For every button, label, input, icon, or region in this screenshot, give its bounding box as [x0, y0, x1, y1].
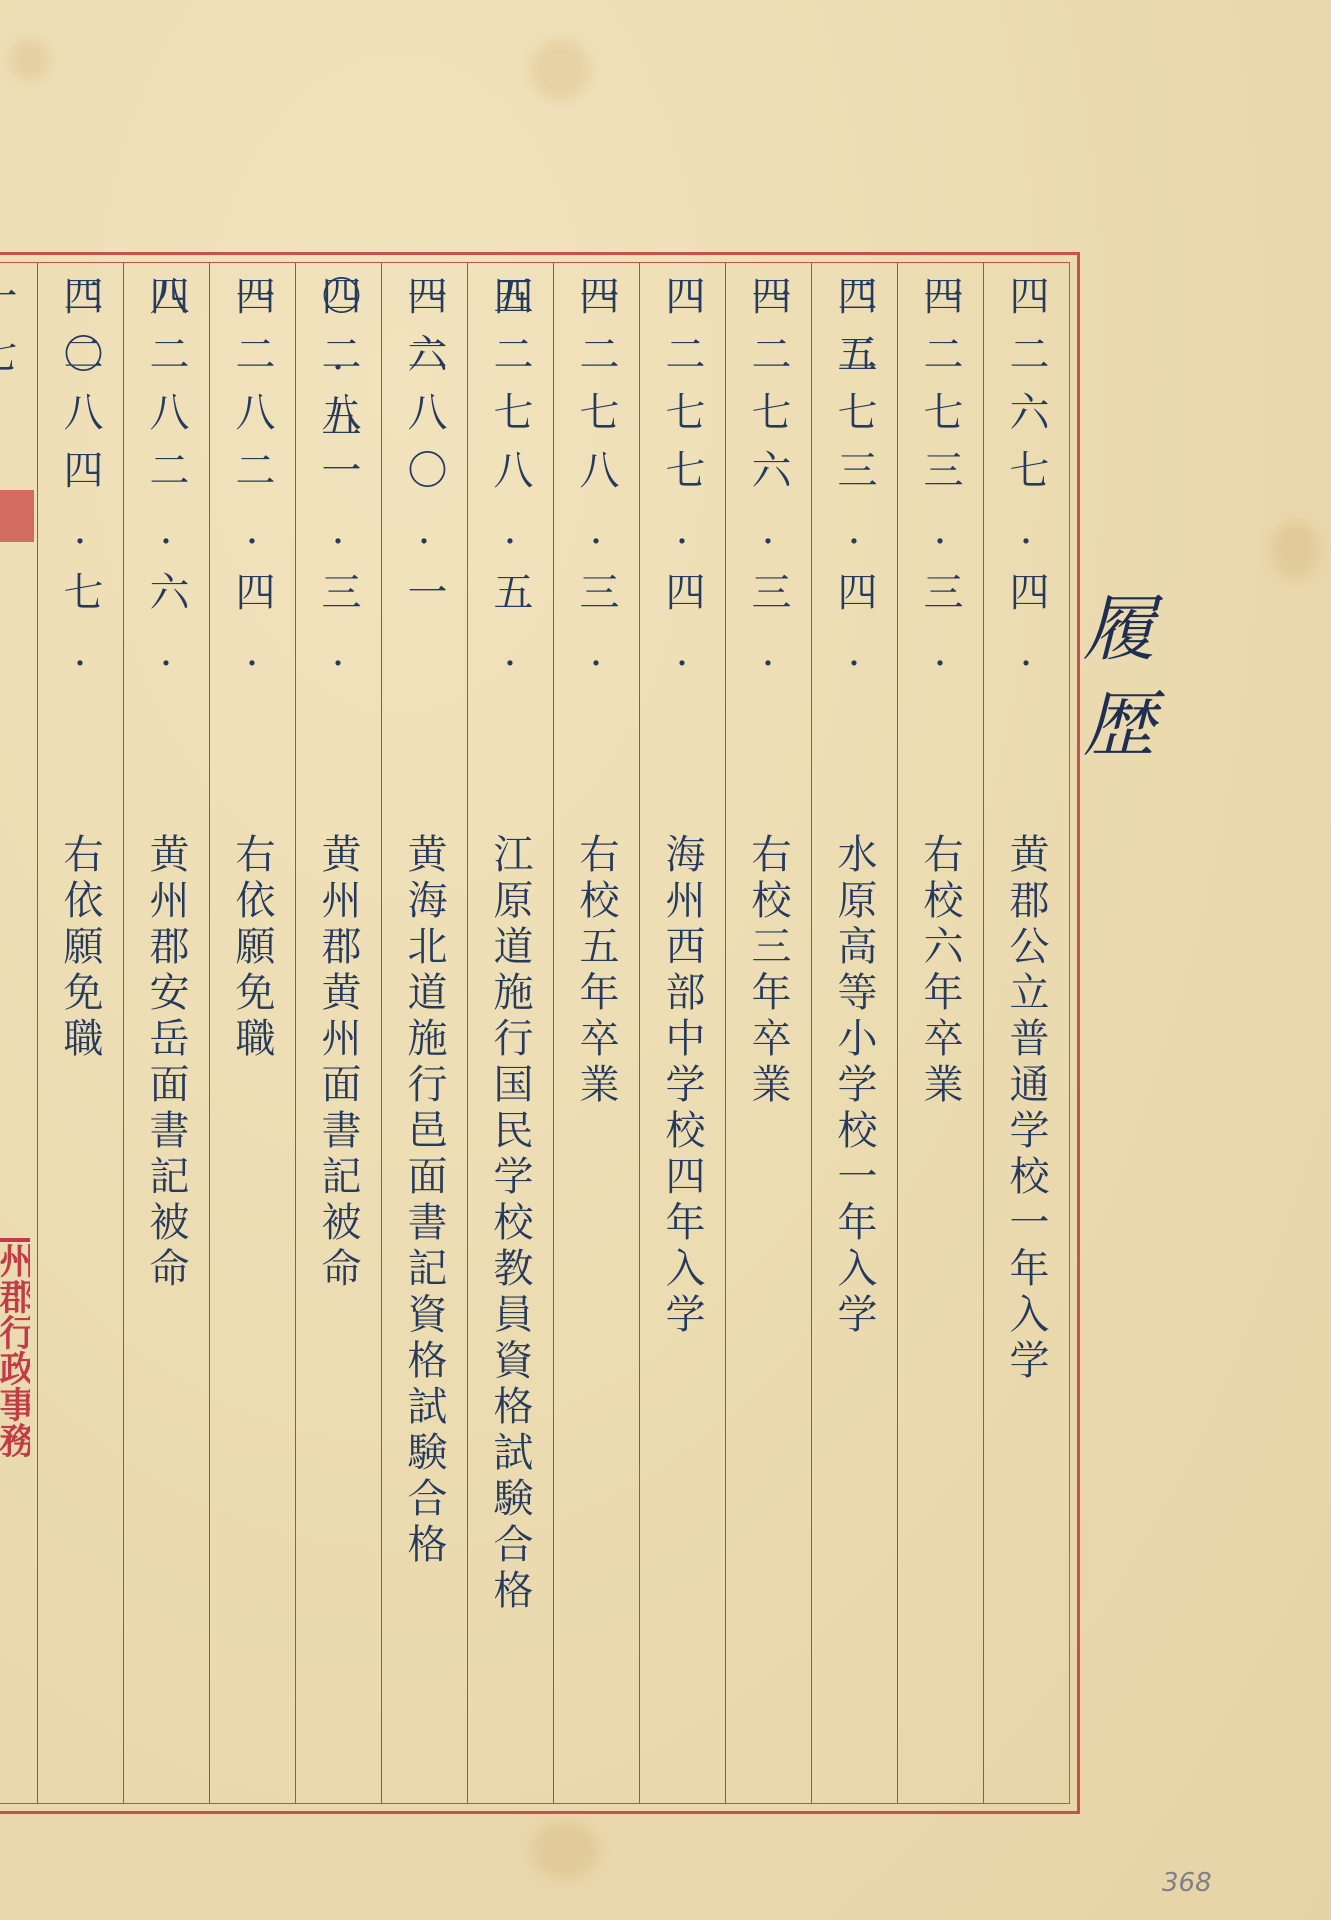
entry-row: 四二八一.三.一 黄州郡黄州面書記被命 [295, 263, 381, 1803]
entry-row: 四二七八.五.一六 江原道施行国民学校教員資格試験合格 [467, 263, 553, 1803]
entry-row: 四二七八.三.五 右校五年卒業 [553, 263, 639, 1803]
paper-stain [1270, 520, 1320, 580]
entry-row: 四二七三.四.一 水原高等小学校一年入学 [811, 263, 897, 1803]
entry-date: 四二八〇.一〇.五 [382, 275, 467, 705]
entry-description: 右依願免職 [210, 833, 295, 1773]
entry-date: 四二七八.三.五 [554, 275, 639, 705]
entry-description: 右依願免職 [38, 833, 123, 1773]
entry-description: 右校六年卒業 [898, 833, 983, 1773]
entry-row: 四二八〇.一〇.五 黄海北道施行邑面書記資格試験合格 [381, 263, 467, 1803]
entry-date: 四二七三.三.二五 [898, 275, 983, 705]
entry-description: 江原道施行国民学校教員資格試験合格 [468, 833, 553, 1773]
entry-row: 四二八四.七.一七 右依願免職 [37, 263, 123, 1803]
entry-description: 黄郡公立普通学校一年入学 [984, 833, 1069, 1773]
paper-stain [10, 40, 50, 80]
entry-date: 四二八二.四.八 [210, 275, 295, 705]
paper-stain [530, 40, 590, 100]
entry-description: 右校五年卒業 [554, 833, 639, 1773]
paper-stain [530, 1820, 600, 1880]
ruled-frame: 四二六七.四.一 黄郡公立普通学校一年入学 四二七三.三.二五 右校六年卒業 四… [0, 252, 1080, 1814]
entry-row: 四二八二.六.二〇 黄州郡安岳面書記被命 [123, 263, 209, 1803]
entry-date: 四二八二.六.二〇 [124, 275, 209, 705]
entry-date: 四二七三.四.一 [812, 275, 897, 705]
entry-description: 右校三年卒業 [726, 833, 811, 1773]
page-title: 履歴 [1075, 590, 1165, 820]
entry-date: 四二七七.四.一 [640, 275, 725, 705]
entry-row: 四二七六.三.四 右校三年卒業 [725, 263, 811, 1803]
entry-row: 四二八二.四.八 右依願免職 [209, 263, 295, 1803]
entry-row: 四二七三.三.二五 右校六年卒業 [897, 263, 983, 1803]
entry-date: 四二七八.五.一六 [468, 275, 553, 705]
entry-description: 水原高等小学校一年入学 [812, 833, 897, 1773]
entry-description: 黄州郡黄州面書記被命 [296, 833, 381, 1773]
entry-row: 四二七七.四.一 海州西部中学校四年入学 [639, 263, 725, 1803]
entry-date: 四二六七.四.一 [984, 275, 1069, 705]
page-number: 368 [1162, 1868, 1212, 1898]
entry-date: 四二七六.三.四 [726, 275, 811, 705]
entry-date: 四二八一.三.一 [296, 275, 381, 705]
entry-date: 四二八四.七.一七 [38, 275, 123, 705]
entry-row: 四二六七.四.一 黄郡公立普通学校一年入学 [983, 263, 1069, 1803]
entry-description: 黄州郡安岳面書記被命 [124, 833, 209, 1773]
entry-description: 海州西部中学校四年入学 [640, 833, 725, 1773]
ruled-frame-inner: 四二六七.四.一 黄郡公立普通学校一年入学 四二七三.三.二五 右校六年卒業 四… [0, 262, 1070, 1804]
entry-description: 黄海北道施行邑面書記資格試験合格 [382, 833, 467, 1773]
